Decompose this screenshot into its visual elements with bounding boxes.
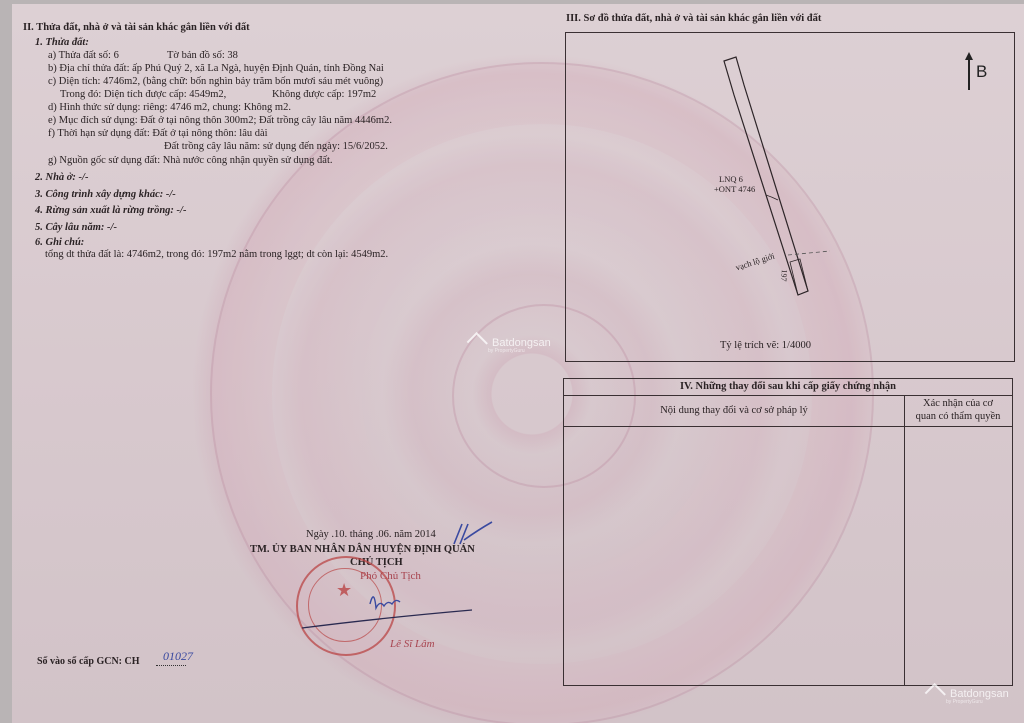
watermark-center: Batdongsan by PropertyGuru bbox=[470, 332, 551, 354]
item3-other-works: 3. Công trình xây dựng khác: -/- bbox=[35, 189, 176, 201]
column-change-content: Nội dung thay đổi và cơ sở pháp lý bbox=[564, 396, 904, 426]
road-area-label: 197 bbox=[777, 269, 790, 282]
not-granted-area: Không được cấp: 197m2 bbox=[272, 89, 376, 101]
usage-form: d) Hình thức sử dụng: riêng: 4746 m2, ch… bbox=[48, 102, 291, 114]
changes-table-title: IV. Những thay đổi sau khi cấp giấy chứn… bbox=[564, 379, 1012, 396]
issue-date: Ngày .10. tháng .06. năm 2014 bbox=[306, 529, 436, 541]
item6-note: tổng dt thửa đất là: 4746m2, trong đó: 1… bbox=[45, 249, 388, 261]
north-indicator: B bbox=[962, 50, 992, 90]
registry-number: 01027 bbox=[163, 650, 193, 662]
north-arrow-icon bbox=[962, 50, 976, 90]
changes-table: IV. Những thay đổi sau khi cấp giấy chứn… bbox=[563, 378, 1013, 686]
issuing-authority: TM. ỦY BAN NHÂN DÂN HUYỆN ĐỊNH QUÁN bbox=[250, 544, 475, 556]
usage-purpose: e) Mục đích sử dụng: Đất ở tại nông thôn… bbox=[48, 115, 392, 127]
item1-heading: 1. Thửa đất: bbox=[35, 37, 89, 49]
item5-perennial: 5. Cây lâu năm: -/- bbox=[35, 222, 117, 234]
watermark-corner: Batdongsan by PropertyGuru bbox=[928, 683, 1009, 705]
signer-name: Lê Sĩ Lâm bbox=[390, 638, 435, 650]
changes-table-header: Nội dung thay đổi và cơ sở pháp lý Xác n… bbox=[564, 396, 1012, 427]
map-sheet-number: Tờ bản đồ số: 38 bbox=[167, 50, 238, 62]
granted-area: Trong đó: Diện tích được cấp: 4549m2, bbox=[60, 89, 226, 101]
usage-term: f) Thời hạn sử dụng đất: Đất ở tại nông … bbox=[48, 128, 268, 140]
section3-title: III. Sơ đồ thửa đất, nhà ở và tài sản kh… bbox=[566, 13, 821, 25]
watermark-sub: by PropertyGuru bbox=[946, 699, 1009, 705]
item4-forest: 4. Rừng sản xuất là rừng trồng: -/- bbox=[35, 205, 186, 217]
column-authority-confirmation: Xác nhận của cơ quan có thẩm quyền bbox=[905, 397, 1011, 423]
section2-title: II. Thửa đất, nhà ở và tài sản khác gắn … bbox=[23, 22, 250, 34]
column-divider bbox=[904, 396, 905, 685]
parcel-address: b) Địa chỉ thửa đất: ấp Phú Quý 2, xã La… bbox=[48, 63, 384, 75]
north-label: B bbox=[976, 62, 987, 82]
column-authority-line2: quan có thẩm quyền bbox=[916, 411, 1001, 422]
land-origin: g) Nguồn gốc sử dụng đất: Nhà nước công … bbox=[48, 155, 333, 167]
signature-stroke-icon bbox=[300, 588, 480, 638]
house-logo-icon bbox=[467, 332, 488, 353]
usage-term-perennial: Đất trồng cây lâu năm: sử dụng đến ngày:… bbox=[164, 141, 388, 153]
column-authority-line1: Xác nhận của cơ bbox=[923, 398, 993, 409]
parcel-area: c) Diện tích: 4746m2, (bằng chữ: bốn ngh… bbox=[48, 76, 383, 88]
watermark-sub: by PropertyGuru bbox=[488, 348, 551, 354]
registry-label: Số vào sổ cấp GCN: CH bbox=[37, 656, 140, 668]
registry-dotted-line bbox=[156, 665, 186, 666]
house-logo-icon bbox=[925, 683, 946, 704]
parcel-label-area: +ONT 4746 bbox=[714, 183, 755, 195]
parcel-number: a) Thửa đất số: 6 bbox=[48, 50, 119, 62]
item6-heading: 6. Ghi chú: bbox=[35, 237, 84, 249]
item2-house: 2. Nhà ở: -/- bbox=[35, 172, 88, 184]
diagram-scale: Tỷ lệ trích vẽ: 1/4000 bbox=[720, 340, 811, 352]
